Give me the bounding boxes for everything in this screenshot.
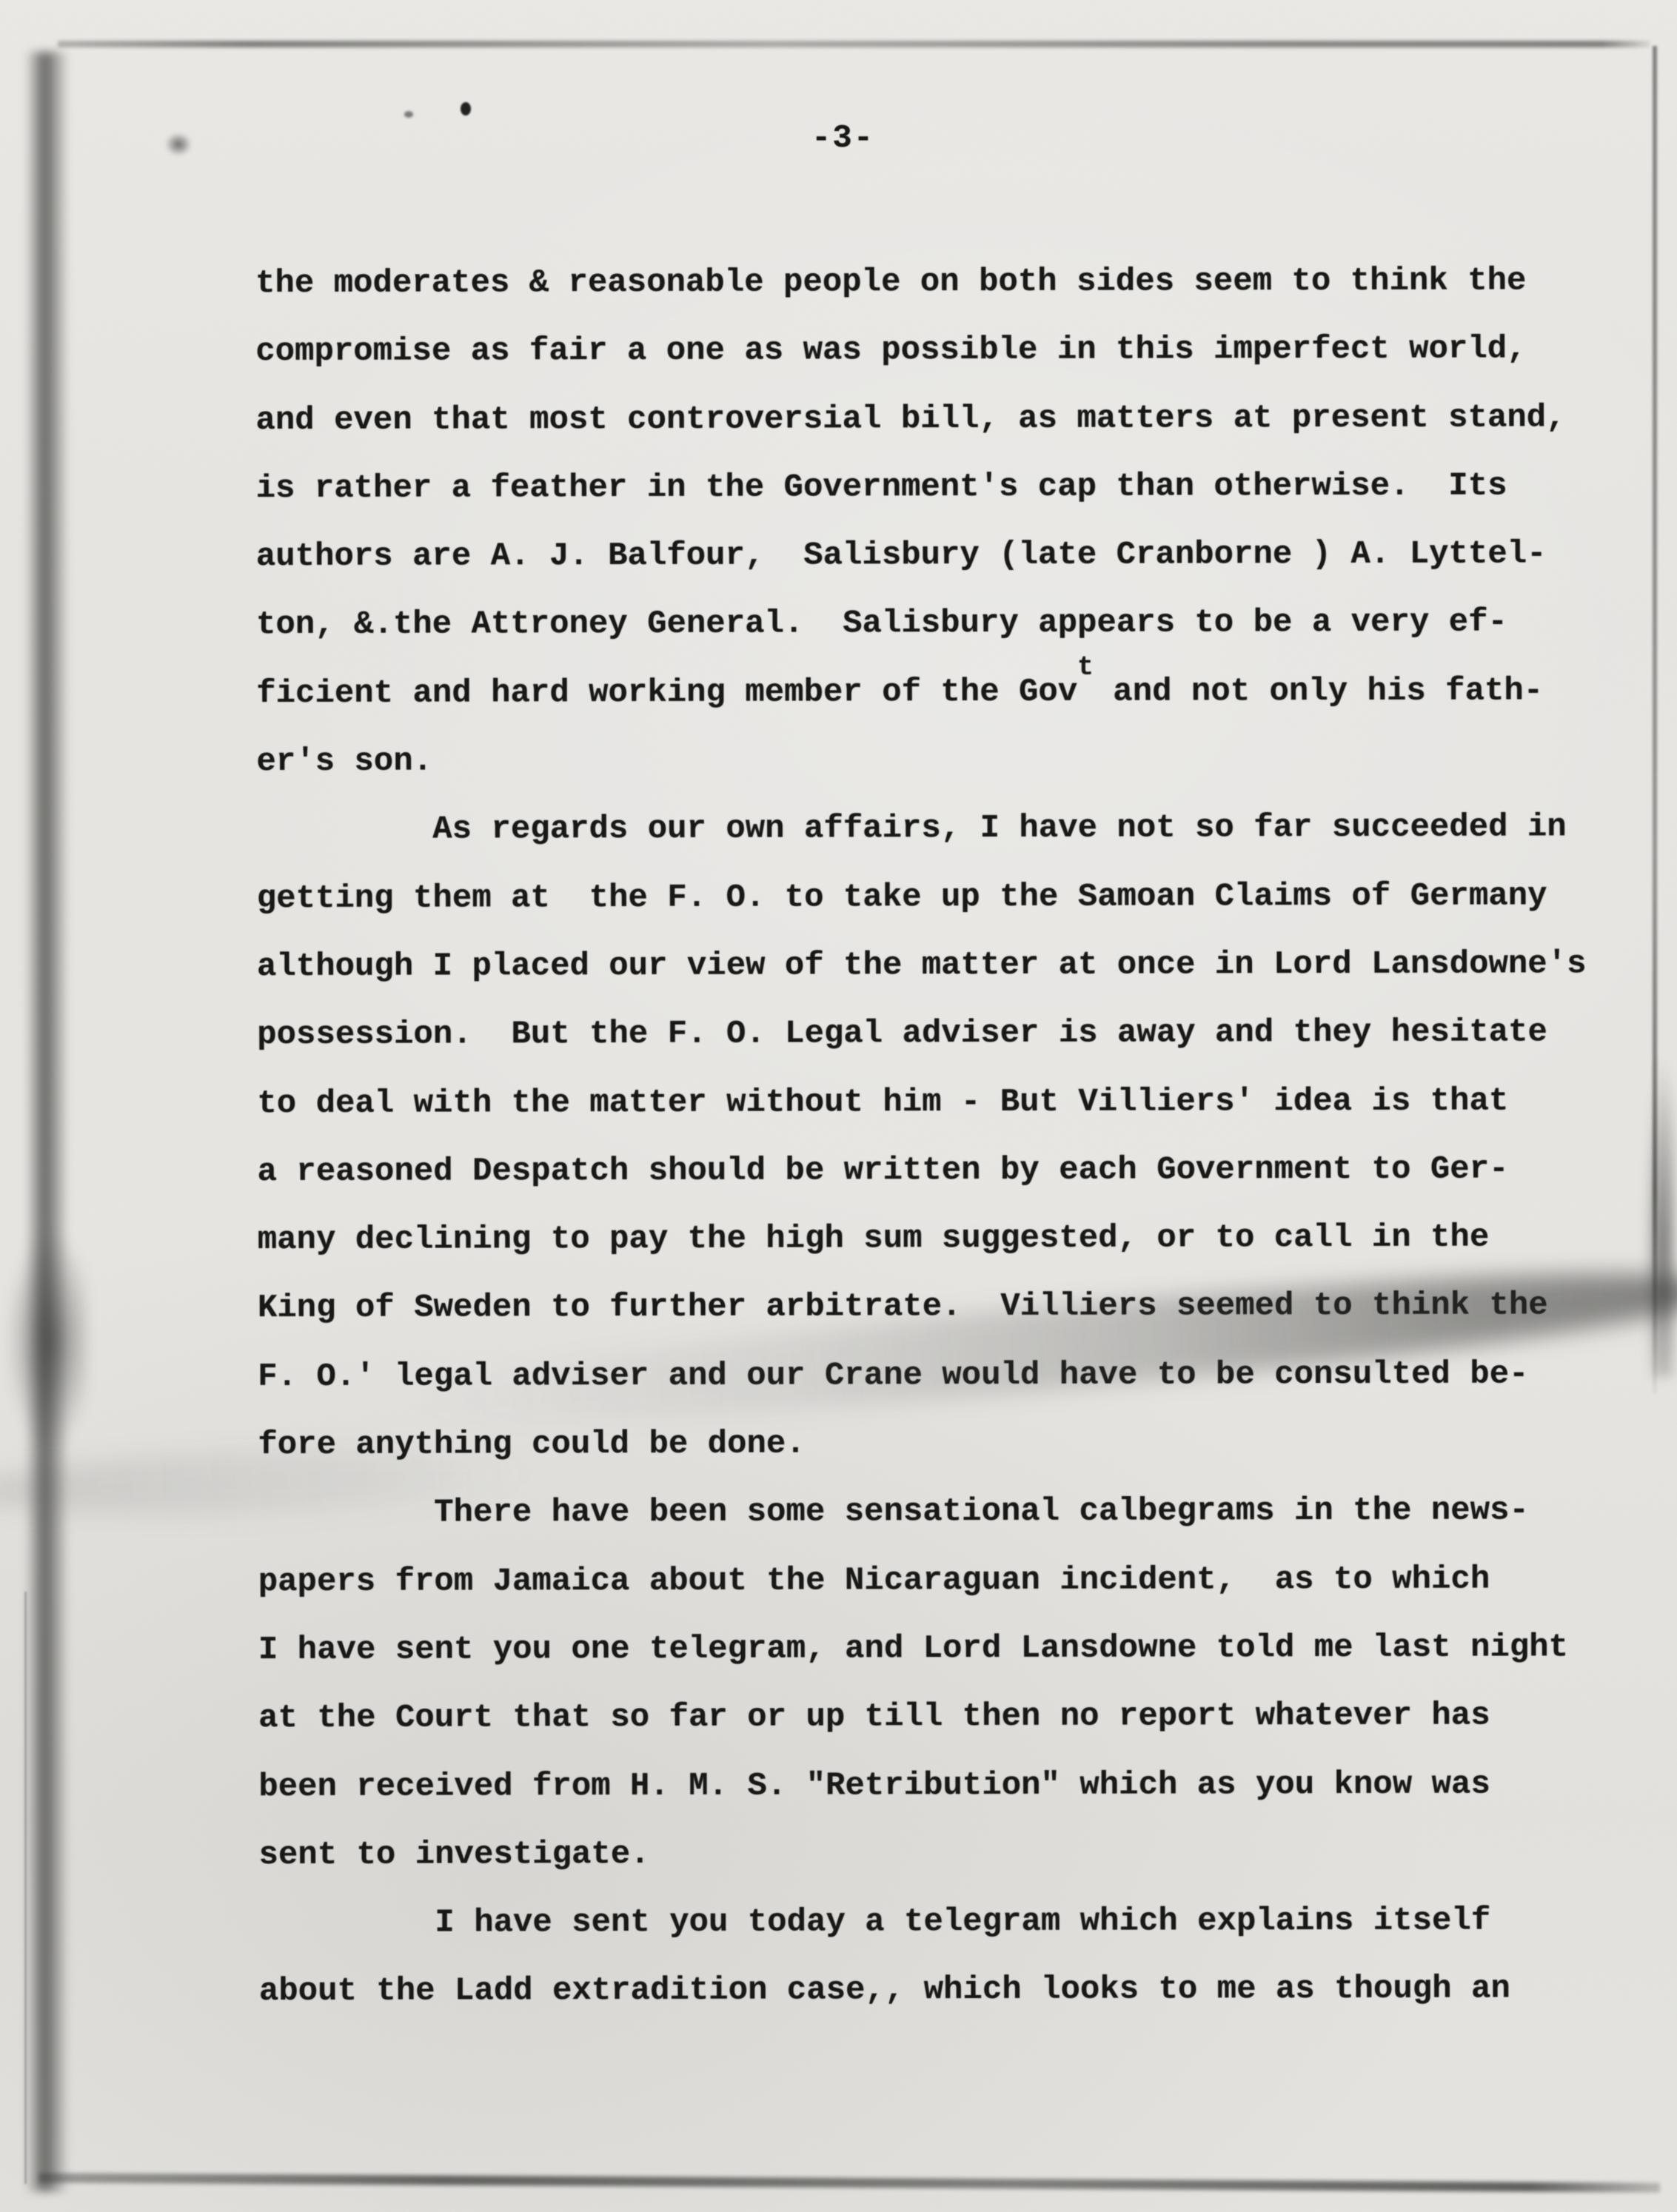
ink-speck	[461, 102, 471, 115]
typed-line: although I placed our view of the matter…	[257, 930, 1619, 1001]
typed-line: papers from Jamaica about the Nicaraguan…	[258, 1545, 1621, 1616]
typed-line: As regards our own affairs, I have not s…	[257, 794, 1619, 865]
superscript-t: t	[1077, 652, 1094, 683]
typed-line-segment: ficient and hard working member of the G…	[256, 673, 1077, 711]
typed-line: possession. But the F. O. Legal adviser …	[257, 998, 1619, 1069]
typed-line: is rather a feather in the Government's …	[256, 452, 1619, 523]
typed-line: King of Sweden to further arbitrate. Vil…	[258, 1272, 1620, 1343]
typed-line: about the Ladd extradition case,, which …	[259, 1955, 1621, 2026]
typed-line: ton, &.the Attroney General. Salisbury a…	[256, 589, 1619, 660]
scan-bed-edge-line	[24, 1592, 27, 2184]
left-page-edge-shadow	[27, 52, 67, 2191]
typed-line: There have been some sensational calbegr…	[258, 1476, 1620, 1547]
typed-line: F. O.' legal adviser and our Crane would…	[258, 1340, 1620, 1411]
top-left-corner-fold-mark	[166, 133, 191, 155]
page-number: -3-	[811, 120, 874, 157]
letter-body: the moderates & reasonable people on bot…	[255, 247, 1621, 2026]
typed-line: sent to investigate.	[258, 1818, 1621, 1889]
left-edge-crease-bulge	[6, 1229, 87, 1451]
right-edge-smudge	[1645, 1059, 1675, 1377]
typed-line: a reasoned Despatch should be written by…	[258, 1135, 1620, 1206]
typed-line: getting them at the F. O. to take up the…	[257, 862, 1619, 933]
right-page-edge-line	[1653, 46, 1657, 1393]
typed-line: the moderates & reasonable people on bot…	[255, 247, 1618, 318]
typed-line: fore anything could be done.	[258, 1408, 1620, 1479]
typed-line: to deal with the matter without him - Bu…	[257, 1067, 1619, 1138]
typed-line: at the Court that so far or up till then…	[258, 1681, 1621, 1752]
typed-line: I have sent you one telegram, and Lord L…	[258, 1613, 1621, 1684]
typed-line: er's son.	[256, 725, 1619, 796]
typed-line: and even that most controversial bill, a…	[255, 383, 1618, 455]
typed-line-segment: and not only his fath-	[1094, 672, 1543, 710]
typed-line: authors are A. J. Balfour, Salisbury (la…	[256, 520, 1619, 591]
typed-line: compromise as fair a one as was possible…	[255, 315, 1618, 386]
typed-line: many declining to pay the high sum sugge…	[258, 1203, 1620, 1274]
bottom-page-edge-line	[39, 2173, 1660, 2192]
top-page-edge-line	[58, 41, 1650, 47]
typed-line: been received from H. M. S. "Retribution…	[258, 1750, 1621, 1821]
ink-speck	[404, 111, 413, 118]
typed-line: I have sent you today a telegram which e…	[259, 1886, 1621, 1957]
typed-line-with-superscript: ficient and hard working member of the G…	[256, 657, 1619, 728]
scanned-letter-page: -3- the moderates & reasonable people on…	[0, 0, 1677, 2212]
